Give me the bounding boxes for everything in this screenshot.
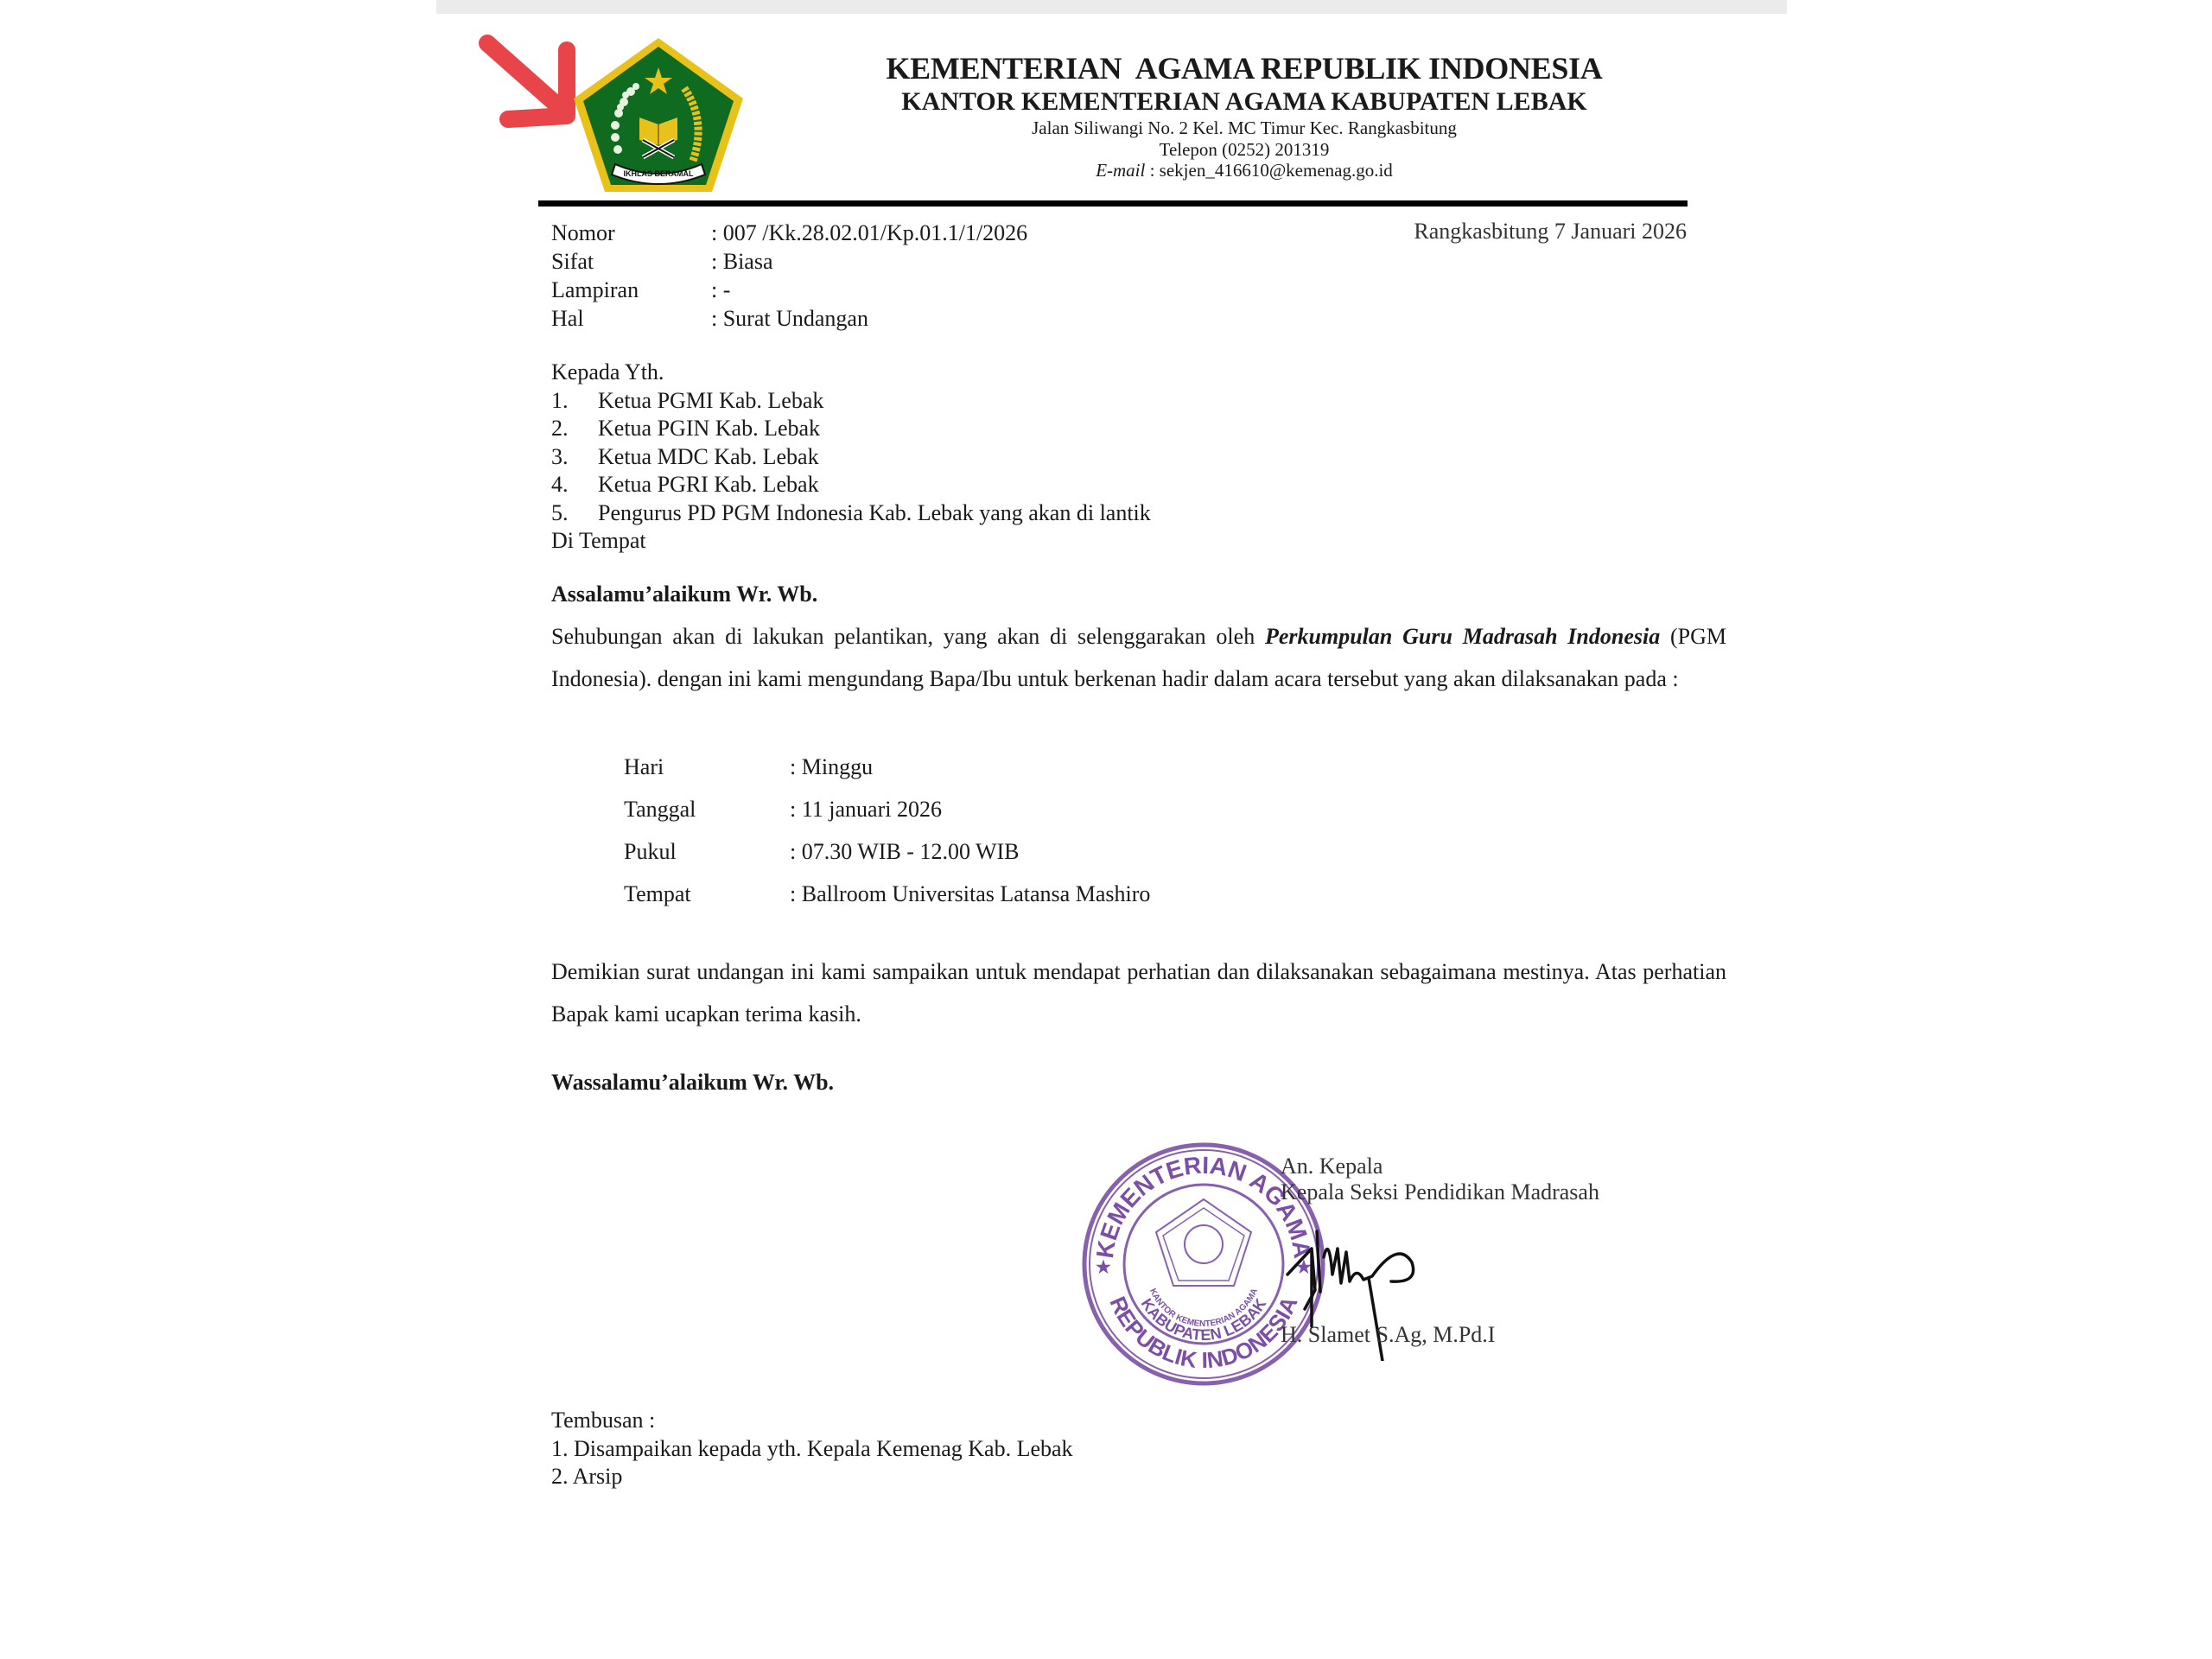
list-item: 2.Ketua PGIN Kab. Lebak [551, 415, 1151, 443]
recipients-heading: Kepada Yth. [551, 359, 1151, 387]
event-details: Hari: Minggu Tanggal: 11 januari 2026 Pu… [624, 746, 1150, 915]
svg-text:★: ★ [1096, 1258, 1111, 1277]
meta-row: Hal: Surat Undangan [551, 304, 1027, 333]
office-address: Jalan Siliwangi No. 2 Kel. MC Timur Kec.… [812, 118, 1676, 139]
opening-greeting: Assalamu’alaikum Wr. Wb. [551, 582, 817, 607]
signatory-position: Kepala Seksi Pendidikan Madrasah [1281, 1179, 1599, 1205]
list-item: 1.Ketua PGMI Kab. Lebak [551, 387, 1151, 416]
list-item: 1. Disampaikan kepada yth. Kepala Kemena… [551, 1435, 1073, 1464]
event-row: Hari: Minggu [624, 746, 1150, 788]
signatory-name: H. Slamet S.Ag, M.Pd.I [1281, 1322, 1495, 1348]
closing-paragraph: Demikian surat undangan ini kami sampaik… [551, 950, 1726, 1035]
event-row: Pukul: 07.30 WIB - 12.00 WIB [624, 830, 1150, 873]
letterhead-divider [538, 200, 1688, 207]
list-item: 2. Arsip [551, 1463, 1073, 1491]
letterhead: KEMENTERIAN AGAMA REPUBLIK INDONESIA KAN… [812, 50, 1676, 181]
office-phone: Telepon (0252) 201319 [812, 139, 1676, 161]
signatory-block: An. Kepala Kepala Seksi Pendidikan Madra… [1281, 1154, 1599, 1205]
list-item: 5.Pengurus PD PGM Indonesia Kab. Lebak y… [551, 499, 1151, 528]
office-title: KANTOR KEMENTERIAN AGAMA KABUPATEN LEBAK [812, 86, 1676, 117]
list-item: 3.Ketua MDC Kab. Lebak [551, 443, 1151, 472]
event-row: Tempat: Ballroom Universitas Latansa Mas… [624, 873, 1150, 915]
copies-list: Tembusan : 1. Disampaikan kepada yth. Ke… [551, 1407, 1073, 1491]
closing-greeting: Wassalamu’alaikum Wr. Wb. [551, 1070, 834, 1096]
list-item: 4.Ketua PGRI Kab. Lebak [551, 471, 1151, 499]
office-email: E-mail : sekjen_416610@kemenag.go.id [812, 160, 1676, 181]
meta-row: Nomor: 007 /Kk.28.02.01/Kp.01.1/1/2026 [551, 219, 1027, 247]
event-row: Tanggal: 11 januari 2026 [624, 788, 1150, 830]
place-date: Rangkasbitung 7 Januari 2026 [1414, 219, 1687, 245]
copies-heading: Tembusan : [551, 1407, 1073, 1435]
svg-text:IKHLAS BERAMAL: IKHLAS BERAMAL [624, 169, 694, 178]
organizer-name: Perkumpulan Guru Madrasah Indonesia [1265, 624, 1660, 649]
recipients: Kepada Yth. 1.Ketua PGMI Kab. Lebak 2.Ke… [551, 359, 1151, 556]
meta-row: Sifat: Biasa [551, 247, 1027, 276]
letter-meta: Nomor: 007 /Kk.28.02.01/Kp.01.1/1/2026 S… [551, 219, 1027, 333]
viewer-top-bar [436, 0, 1787, 14]
invitation-paragraph: Sehubungan akan di lakukan pelantikan, y… [551, 615, 1726, 700]
meta-row: Lampiran: - [551, 276, 1027, 304]
on-behalf: An. Kepala [1281, 1154, 1599, 1179]
kemenag-logo-icon: IKHLAS BERAMAL [570, 35, 747, 195]
ministry-title: KEMENTERIAN AGAMA REPUBLIK INDONESIA [812, 50, 1676, 86]
recipients-footer: Di Tempat [551, 527, 1151, 556]
